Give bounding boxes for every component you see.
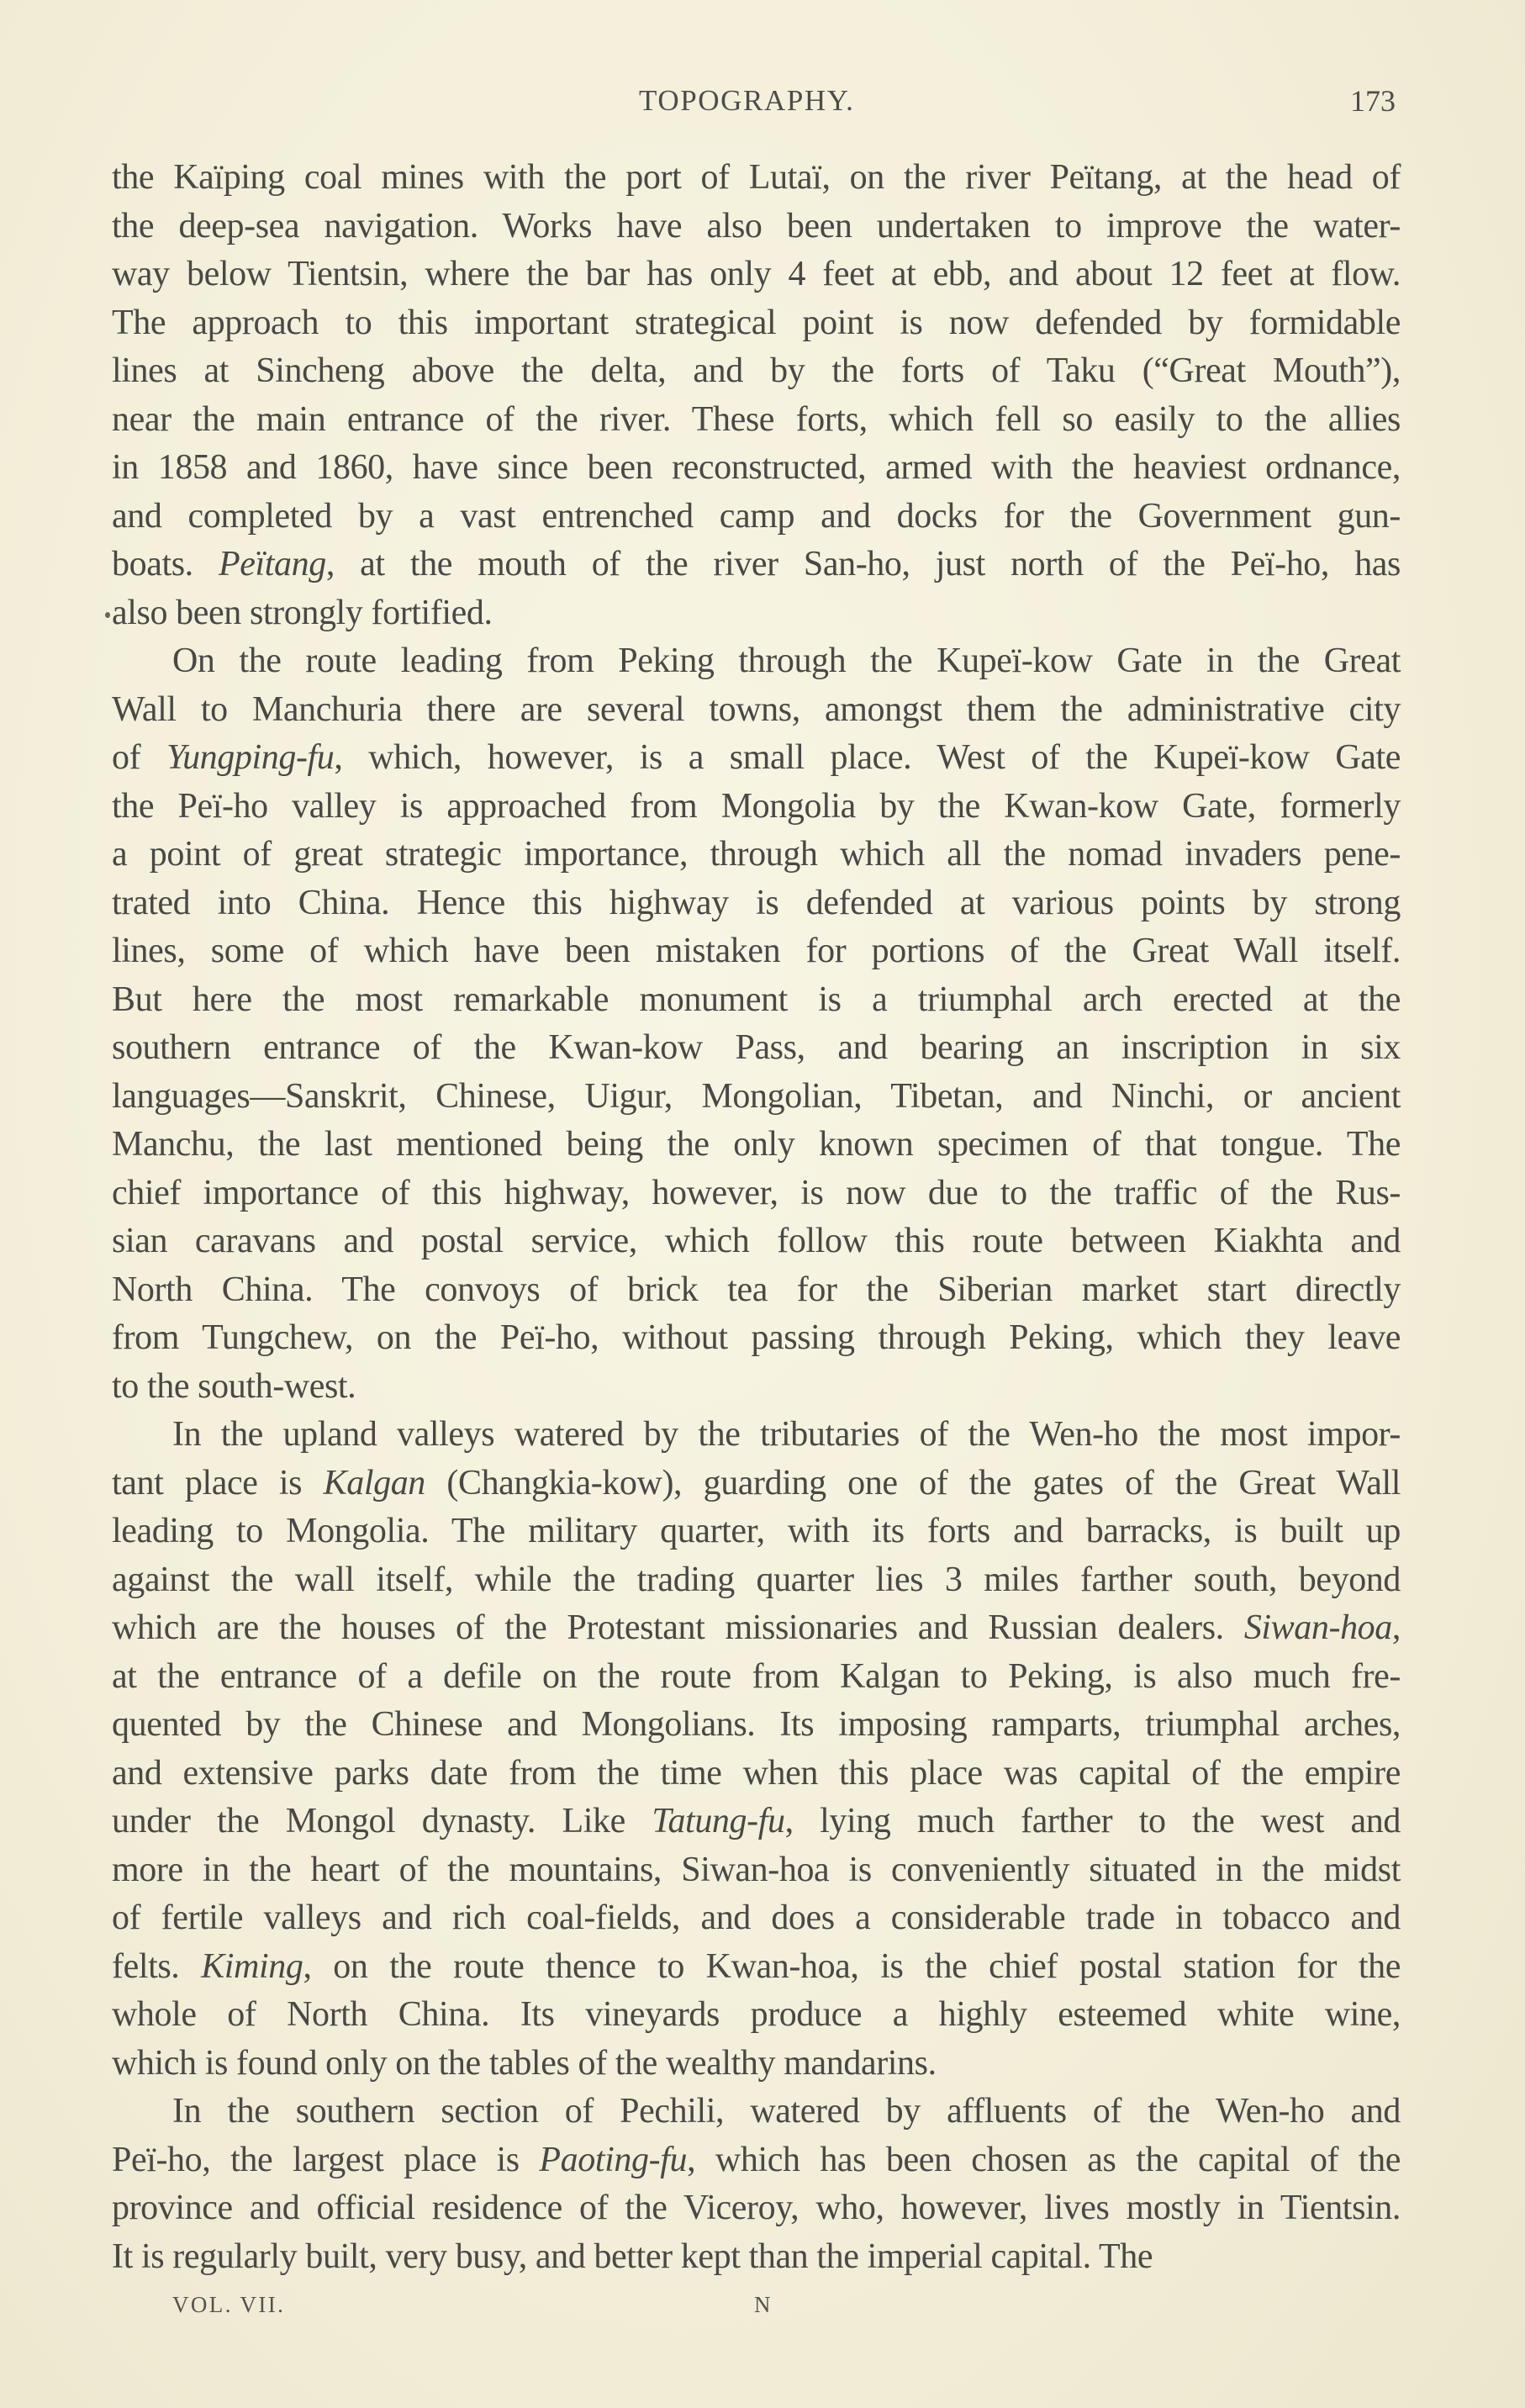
text-run: , <box>1392 1608 1401 1647</box>
text-line: the Kaïping coal mines with the port of … <box>112 154 1401 203</box>
text-run: Peï-ho, the largest place is <box>112 2141 539 2179</box>
page-number: 173 <box>1350 82 1396 119</box>
paragraph: On the route leading from Peking through… <box>112 637 1401 1411</box>
text-line: lines at Sincheng above the delta, and b… <box>112 347 1401 396</box>
text-line: more in the heart of the mountains, Siwa… <box>112 1846 1401 1895</box>
text-run: way below Tientsin, where the bar has on… <box>112 255 1401 293</box>
text-line: North China. The convoys of brick tea fo… <box>112 1266 1401 1315</box>
text-run: , which, however, is a small place. West… <box>334 738 1401 777</box>
text-run: In the upland valleys watered by the tri… <box>172 1415 1401 1454</box>
text-line: Wall to Manchuria there are several town… <box>112 686 1401 735</box>
volume-signature: VOL. VII. <box>172 2290 285 2319</box>
text-run: sian caravans and postal service, which … <box>112 1222 1401 1260</box>
italic-place-name: Kalgan <box>324 1464 425 1502</box>
text-run: Wall to Manchuria there are several town… <box>112 690 1401 729</box>
paragraph: In the upland valleys watered by the tri… <box>112 1411 1401 2088</box>
italic-place-name: Tatung-fu <box>652 1802 784 1840</box>
text-line: also been strongly fortified. <box>112 589 1401 638</box>
text-line: boats. Peïtang, at the mouth of the rive… <box>112 541 1401 589</box>
italic-place-name: Siwan-hoa <box>1244 1608 1392 1647</box>
text-line: near the main entrance of the river. The… <box>112 396 1401 445</box>
text-line: the deep-sea navigation. Works have also… <box>112 203 1401 251</box>
text-line: and completed by a vast entrenched camp … <box>112 493 1401 541</box>
text-line: The approach to this important strategic… <box>112 299 1401 348</box>
text-run: lines at Sincheng above the delta, and b… <box>112 351 1401 390</box>
text-line: In the southern section of Pechili, wate… <box>112 2088 1401 2136</box>
text-run: and completed by a vast entrenched camp … <box>112 497 1401 536</box>
paragraph: the Kaïping coal mines with the port of … <box>112 154 1401 637</box>
text-run: the Kaïping coal mines with the port of … <box>112 158 1401 197</box>
text-line: and extensive parks date from the time w… <box>112 1750 1401 1798</box>
text-run: of <box>112 738 166 777</box>
text-line: at the entrance of a defile on the route… <box>112 1653 1401 1702</box>
italic-place-name: Peïtang <box>219 545 326 584</box>
text-run: Manchu, the last mentioned being the onl… <box>112 1125 1401 1164</box>
text-line: On the route leading from Peking through… <box>112 637 1401 686</box>
text-run: also been strongly fortified. <box>112 594 493 632</box>
text-line: But here the most remarkable monument is… <box>112 976 1401 1025</box>
text-line: province and official residence of the V… <box>112 2184 1401 2233</box>
text-run: It is regularly built, very busy, and be… <box>112 2237 1153 2276</box>
text-line: which are the houses of the Protestant m… <box>112 1604 1401 1653</box>
text-run: On the route leading from Peking through… <box>172 642 1401 680</box>
text-line: in 1858 and 1860, have since been recons… <box>112 444 1401 493</box>
text-run: the deep-sea navigation. Works have also… <box>112 207 1401 246</box>
text-run: , at the mouth of the river San-ho, just… <box>326 545 1401 584</box>
text-run: from Tungchew, on the Peï-ho, without pa… <box>112 1318 1401 1357</box>
text-run: , on the route thence to Kwan-hoa, is th… <box>303 1947 1401 1986</box>
body-text: the Kaïping coal mines with the port of … <box>112 154 1401 2281</box>
text-run: chief importance of this highway, howeve… <box>112 1174 1401 1212</box>
text-run: felts. <box>112 1947 201 1986</box>
text-line: felts. Kiming, on the route thence to Kw… <box>112 1943 1401 1992</box>
italic-place-name: Yungping-fu <box>166 738 334 777</box>
text-run: at the entrance of a defile on the route… <box>112 1657 1401 1696</box>
text-run: boats. <box>112 545 219 584</box>
text-run: and extensive parks date from the time w… <box>112 1754 1401 1793</box>
text-run: But here the most remarkable monument is… <box>112 980 1401 1019</box>
text-run: North China. The convoys of brick tea fo… <box>112 1270 1401 1309</box>
text-line: which is found only on the tables of the… <box>112 2040 1401 2089</box>
text-run: which is found only on the tables of the… <box>112 2044 937 2083</box>
text-line: against the wall itself, while the tradi… <box>112 1556 1401 1605</box>
text-run: lines, some of which have been mistaken … <box>112 932 1401 970</box>
text-line: leading to Mongolia. The military quarte… <box>112 1508 1401 1556</box>
text-run: The approach to this important strategic… <box>112 304 1401 342</box>
running-head-title: TOPOGRAPHY. <box>639 82 855 119</box>
text-run: in 1858 and 1860, have since been recons… <box>112 448 1401 487</box>
text-run: against the wall itself, while the tradi… <box>112 1560 1401 1599</box>
text-run: a point of great strategic importance, t… <box>112 835 1401 874</box>
text-line: a point of great strategic importance, t… <box>112 831 1401 879</box>
text-run: under the Mongol dynasty. Like <box>112 1802 652 1840</box>
text-line: of Yungping-fu, which, however, is a sma… <box>112 734 1401 783</box>
text-run: In the southern section of Pechili, wate… <box>172 2092 1401 2131</box>
text-run: the Peï-ho valley is approached from Mon… <box>112 787 1401 826</box>
text-run: quented by the Chinese and Mongolians. I… <box>112 1705 1401 1744</box>
text-line: sian caravans and postal service, which … <box>112 1217 1401 1266</box>
italic-place-name: Paoting-fu <box>539 2141 687 2179</box>
text-run: province and official residence of the V… <box>112 2189 1401 2227</box>
text-line: Manchu, the last mentioned being the onl… <box>112 1121 1401 1170</box>
text-run: trated into China. Hence this highway is… <box>112 884 1401 922</box>
running-head: TOPOGRAPHY. 173 <box>0 82 1525 119</box>
text-line: chief importance of this highway, howeve… <box>112 1170 1401 1218</box>
signature-mark: N <box>754 2290 771 2319</box>
ink-speck <box>105 612 110 618</box>
text-line: Peï-ho, the largest place is Paoting-fu,… <box>112 2136 1401 2185</box>
text-line: way below Tientsin, where the bar has on… <box>112 251 1401 299</box>
italic-place-name: Kiming <box>201 1947 303 1986</box>
text-run: leading to Mongolia. The military quarte… <box>112 1512 1401 1550</box>
text-run: more in the heart of the mountains, Siwa… <box>112 1851 1401 1889</box>
text-line: the Peï-ho valley is approached from Mon… <box>112 783 1401 832</box>
text-line: lines, some of which have been mistaken … <box>112 927 1401 976</box>
text-run: whole of North China. Its vineyards prod… <box>112 1995 1401 2034</box>
text-line: southern entrance of the Kwan-kow Pass, … <box>112 1024 1401 1073</box>
text-run: , lying much farther to the west and <box>785 1802 1401 1840</box>
text-line: trated into China. Hence this highway is… <box>112 879 1401 928</box>
text-line: whole of North China. Its vineyards prod… <box>112 1991 1401 2040</box>
text-line: In the upland valleys watered by the tri… <box>112 1411 1401 1460</box>
page-footer: VOL. VII. N <box>0 2290 1525 2319</box>
text-run: southern entrance of the Kwan-kow Pass, … <box>112 1028 1401 1067</box>
text-run: languages—Sanskrit, Chinese, Uigur, Mong… <box>112 1077 1401 1116</box>
text-line: from Tungchew, on the Peï-ho, without pa… <box>112 1314 1401 1363</box>
text-line: quented by the Chinese and Mongolians. I… <box>112 1701 1401 1750</box>
text-line: under the Mongol dynasty. Like Tatung-fu… <box>112 1798 1401 1846</box>
text-run: , which has been chosen as the capital o… <box>687 2141 1401 2179</box>
text-run: tant place is <box>112 1464 324 1502</box>
text-run: near the main entrance of the river. The… <box>112 400 1401 439</box>
text-run: which are the houses of the Protestant m… <box>112 1608 1244 1647</box>
text-run: (Changkia-kow), guarding one of the gate… <box>425 1464 1401 1502</box>
text-line: tant place is Kalgan (Changkia-kow), gua… <box>112 1460 1401 1508</box>
paragraph: In the southern section of Pechili, wate… <box>112 2088 1401 2281</box>
text-line: to the south-west. <box>112 1363 1401 1412</box>
text-line: languages—Sanskrit, Chinese, Uigur, Mong… <box>112 1073 1401 1122</box>
text-line: of fertile valleys and rich coal-fields,… <box>112 1894 1401 1943</box>
text-run: of fertile valleys and rich coal-fields,… <box>112 1898 1401 1937</box>
text-run: to the south-west. <box>112 1367 356 1406</box>
text-line: It is regularly built, very busy, and be… <box>112 2233 1401 2282</box>
